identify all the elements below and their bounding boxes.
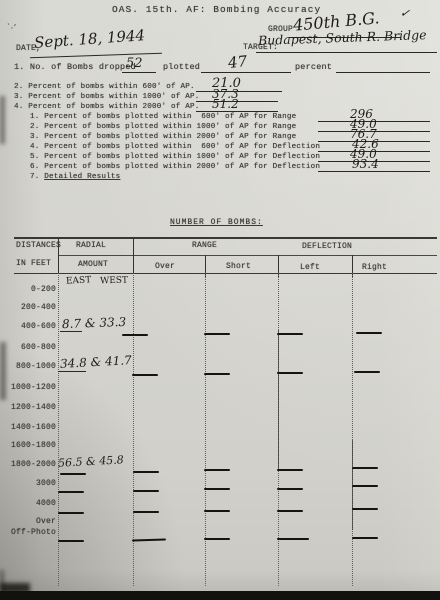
blank-line	[356, 332, 382, 334]
blank-line	[277, 538, 309, 540]
blank-line	[204, 333, 230, 335]
summary-item-value: 51.2	[212, 97, 239, 111]
table-row-label: 1000-1200	[6, 383, 56, 392]
bombs-dropped-label: 1. No. of Bombs dropped	[14, 62, 136, 72]
table-row-label: 0-200	[6, 285, 56, 294]
col-header-radial: RADIAL	[76, 241, 106, 250]
radial-amount-underline	[60, 331, 82, 332]
form-title: OAS. 15th. AF: Bombing Accuracy	[112, 4, 321, 15]
blank-underline	[122, 72, 156, 73]
blank-line	[277, 488, 303, 490]
blank-line	[352, 537, 378, 539]
table-row-label: 200-400	[6, 303, 56, 312]
hand-col-header-west: WEST	[100, 276, 128, 287]
hand-col-header-east: EAST	[66, 275, 92, 286]
table-row-label: 800-1000	[6, 362, 56, 371]
summary-item-label: 3. Percent of bombs within 1000' of AP.	[14, 93, 200, 101]
plotted-label: plotted	[163, 62, 200, 72]
blank-line	[204, 488, 230, 490]
table-row-label: 1200-1400	[6, 403, 56, 412]
header-cell-divider	[133, 238, 134, 273]
blank-line	[132, 374, 158, 376]
table-rule-mid	[58, 255, 437, 256]
radial-amount-value: 56.5 & 45.8	[58, 453, 124, 469]
summary-item-underline	[196, 91, 282, 92]
blank-line	[277, 510, 303, 512]
summary-item-label: 4. Percent of bombs within 2000' of AP.	[14, 103, 200, 111]
table-row-label: 3000	[6, 479, 56, 488]
scanned-form-page: `·’ OAS. 15th. AF: Bombing Accuracy ✓ GR…	[0, 0, 440, 600]
table-row-label: 400-600	[6, 322, 56, 331]
sub-item-label: 5. Percent of bombs plotted within 1000'…	[30, 153, 320, 161]
sub-item-underline	[318, 171, 430, 172]
table-row-label: 4000	[6, 499, 56, 508]
blank-line	[352, 508, 378, 510]
table-row-label: 600-800	[6, 343, 56, 352]
blank-line	[277, 333, 303, 335]
check-mark: ✓	[399, 5, 411, 20]
table-title: NUMBER OF BOMBS:	[170, 218, 263, 227]
blank-line	[204, 510, 230, 512]
col-header-right: Right	[362, 263, 387, 272]
blank-line	[204, 538, 230, 540]
blank-line	[58, 491, 84, 493]
scan-bottom-band	[0, 591, 440, 600]
blank-line	[122, 334, 148, 336]
blank-line	[277, 469, 303, 471]
detailed-results-text: Detailed Results	[44, 173, 120, 181]
table-row-label: Off-Photo	[6, 528, 56, 537]
blank-line	[58, 512, 84, 514]
column-divider-heavy	[278, 330, 279, 470]
blank-line	[354, 371, 380, 373]
blank-underline	[336, 72, 430, 73]
percent-label: percent	[295, 62, 332, 72]
date-value-handwritten: Sept. 18, 1944	[34, 26, 146, 52]
sub-item-label: 2. Percent of bombs plotted within 1000'…	[30, 123, 296, 131]
sub-item-value: 93.4	[352, 157, 379, 171]
blank-line	[352, 467, 378, 469]
blank-line	[133, 490, 159, 492]
blank-line	[204, 469, 230, 471]
summary-item-underline	[196, 111, 278, 112]
col-header-left: Left	[300, 263, 320, 272]
sub-item-label: 3. Percent of bombs plotted within 2000'…	[30, 133, 296, 141]
table-row-label: 1600-1800	[6, 441, 56, 450]
table-rule-header-bottom	[14, 273, 437, 274]
table-row-label: 1400-1600	[6, 423, 56, 432]
blank-line	[60, 473, 86, 475]
sub-item-label: 4. Percent of bombs plotted within 600' …	[30, 143, 320, 151]
radial-amount-underline	[58, 371, 86, 372]
blank-line	[277, 372, 303, 374]
bombs-dropped-value: 52	[126, 56, 143, 71]
scan-stray-mark: `·’	[6, 24, 16, 34]
col-header-over: Over	[155, 262, 175, 271]
sub-item-label: 1. Percent of bombs plotted within 600' …	[30, 113, 296, 121]
col-header-range: RANGE	[192, 241, 217, 250]
plotted-value: 47	[227, 52, 248, 72]
table-row-label: 1800-2000	[6, 460, 56, 469]
col-header-amount: AMOUNT	[78, 260, 108, 269]
table-row-label: Over	[6, 517, 56, 526]
blank-line	[58, 540, 84, 542]
blank-line	[352, 485, 378, 487]
blank-line	[204, 373, 230, 375]
detailed-results-prefix: 7.	[30, 173, 44, 181]
blank-line	[133, 511, 159, 513]
col-header-short: Short	[226, 262, 251, 271]
scan-smudge	[0, 96, 5, 144]
radial-amount-value: 8.7 & 33.3	[62, 315, 127, 331]
summary-item-label: 2. Percent of bombs within 600' of AP.	[14, 83, 195, 91]
blank-line	[133, 471, 159, 473]
blank-line	[132, 538, 166, 541]
radial-amount-value: 34.8 & 41.7	[60, 353, 132, 371]
sub-item-label: 6. Percent of bombs plotted within 2000'…	[30, 163, 320, 171]
column-divider	[352, 273, 353, 586]
blank-underline	[201, 72, 291, 73]
col-header-in-feet: IN FEET	[16, 259, 51, 268]
detailed-results-label: 7. Detailed Results	[30, 173, 120, 181]
col-header-distances: DISTANCES	[16, 241, 61, 250]
target-underline	[256, 52, 437, 53]
table-rule-top	[14, 237, 437, 239]
scan-smudge	[0, 583, 30, 593]
col-header-deflection: DEFLECTION	[302, 242, 352, 251]
